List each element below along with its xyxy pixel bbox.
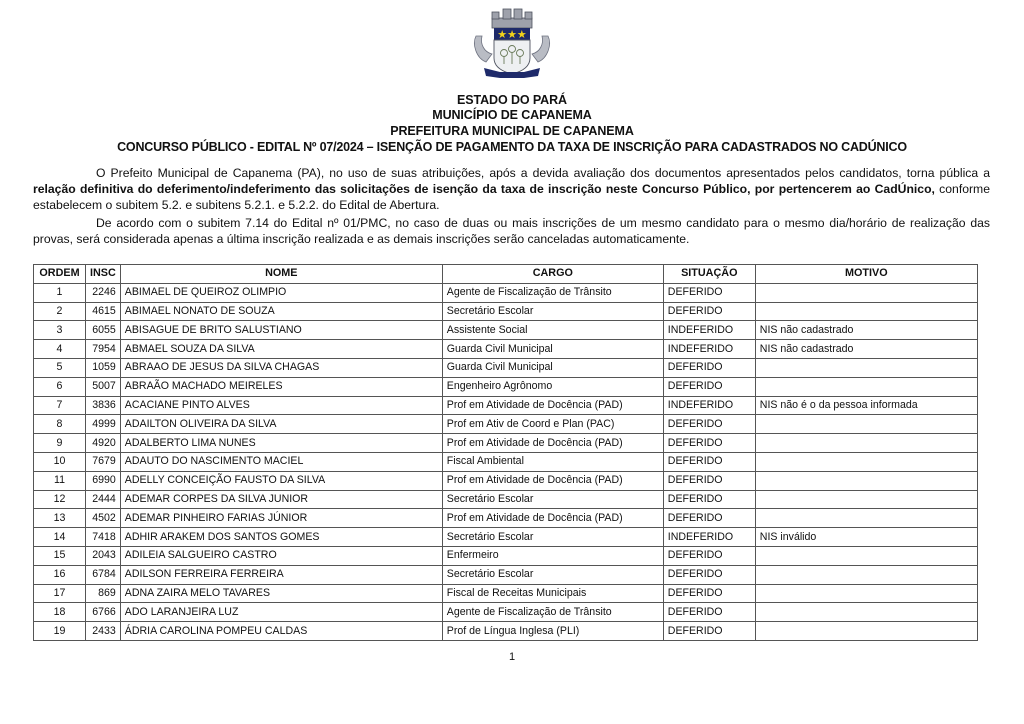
table-header-row: ORDEM INSC NOME CARGO SITUAÇÃO MOTIVO xyxy=(34,265,978,284)
cell-insc: 4502 xyxy=(86,509,121,528)
cell-motivo xyxy=(755,603,977,622)
page-number: 1 xyxy=(0,651,1024,663)
cell-ordem: 14 xyxy=(34,528,86,547)
column-header-motivo: MOTIVO xyxy=(755,265,977,284)
cell-cargo: Fiscal de Receitas Municipais xyxy=(442,584,663,603)
exemption-results-table: ORDEM INSC NOME CARGO SITUAÇÃO MOTIVO 12… xyxy=(33,264,978,641)
cell-nome: ADNA ZAIRA MELO TAVARES xyxy=(120,584,442,603)
cell-cargo: Secretário Escolar xyxy=(442,528,663,547)
svg-text:★★★: ★★★ xyxy=(497,28,527,41)
cell-ordem: 5 xyxy=(34,358,86,377)
cell-nome: ADHIR ARAKEM DOS SANTOS GOMES xyxy=(120,528,442,547)
cell-nome: ADEMAR PINHEIRO FARIAS JÚNIOR xyxy=(120,509,442,528)
column-header-situacao: SITUAÇÃO xyxy=(663,265,755,284)
document-title: CONCURSO PÚBLICO - EDITAL Nº 07/2024 – I… xyxy=(0,139,1024,155)
cell-cargo: Prof em Atividade de Docência (PAD) xyxy=(442,434,663,453)
cell-situacao: INDEFERIDO xyxy=(663,528,755,547)
coat-of-arms-icon: ★★★ xyxy=(470,6,554,82)
column-header-cargo: CARGO xyxy=(442,265,663,284)
city-hall-heading: PREFEITURA MUNICIPAL DE CAPANEMA xyxy=(0,123,1024,139)
cell-situacao: DEFERIDO xyxy=(663,358,755,377)
cell-ordem: 13 xyxy=(34,509,86,528)
table-row: 147418ADHIR ARAKEM DOS SANTOS GOMESSecre… xyxy=(34,528,978,547)
table-row: 73836ACACIANE PINTO ALVESProf em Ativida… xyxy=(34,396,978,415)
cell-motivo xyxy=(755,509,977,528)
table-row: 166784ADILSON FERREIRA FERREIRASecretári… xyxy=(34,565,978,584)
cell-situacao: DEFERIDO xyxy=(663,434,755,453)
cell-nome: ADAUTO DO NASCIMENTO MACIEL xyxy=(120,452,442,471)
cell-insc: 7954 xyxy=(86,340,121,359)
cell-nome: ADAILTON OLIVEIRA DA SILVA xyxy=(120,415,442,434)
cell-cargo: Engenheiro Agrônomo xyxy=(442,377,663,396)
cell-motivo xyxy=(755,283,977,302)
table-row: 84999ADAILTON OLIVEIRA DA SILVAProf em A… xyxy=(34,415,978,434)
cell-ordem: 4 xyxy=(34,340,86,359)
cell-cargo: Prof em Atividade de Docência (PAD) xyxy=(442,509,663,528)
table-row: 134502ADEMAR PINHEIRO FARIAS JÚNIORProf … xyxy=(34,509,978,528)
cell-nome: ABMAEL SOUZA DA SILVA xyxy=(120,340,442,359)
column-header-nome: NOME xyxy=(120,265,442,284)
cell-motivo xyxy=(755,565,977,584)
cell-nome: ABISAGUE DE BRITO SALUSTIANO xyxy=(120,321,442,340)
cell-ordem: 2 xyxy=(34,302,86,321)
cell-nome: ADILEIA SALGUEIRO CASTRO xyxy=(120,546,442,565)
cell-ordem: 8 xyxy=(34,415,86,434)
cell-insc: 2444 xyxy=(86,490,121,509)
table-row: 116990ADELLY CONCEIÇÃO FAUSTO DA SILVAPr… xyxy=(34,471,978,490)
cell-insc: 7679 xyxy=(86,452,121,471)
cell-motivo xyxy=(755,452,977,471)
cell-situacao: DEFERIDO xyxy=(663,509,755,528)
cell-insc: 4999 xyxy=(86,415,121,434)
cell-cargo: Guarda Civil Municipal xyxy=(442,358,663,377)
table-row: 51059ABRAAO DE JESUS DA SILVA CHAGASGuar… xyxy=(34,358,978,377)
cell-motivo xyxy=(755,377,977,396)
cell-nome: ABIMAEL DE QUEIROZ OLIMPIO xyxy=(120,283,442,302)
cell-situacao: DEFERIDO xyxy=(663,302,755,321)
cell-ordem: 6 xyxy=(34,377,86,396)
table-row: 24615ABIMAEL NONATO DE SOUZASecretário E… xyxy=(34,302,978,321)
column-header-ordem: ORDEM xyxy=(34,265,86,284)
table-row: 107679ADAUTO DO NASCIMENTO MACIELFiscal … xyxy=(34,452,978,471)
cell-motivo: NIS não cadastrado xyxy=(755,340,977,359)
cell-situacao: DEFERIDO xyxy=(663,490,755,509)
state-heading: ESTADO DO PARÁ xyxy=(0,92,1024,108)
notice-text: De acordo com o subitem 7.14 do Edital n… xyxy=(33,216,990,246)
intro-paragraph: O Prefeito Municipal de Capanema (PA), n… xyxy=(33,166,990,213)
cell-motivo xyxy=(755,358,977,377)
cell-insc: 7418 xyxy=(86,528,121,547)
cell-motivo xyxy=(755,302,977,321)
cell-insc: 2043 xyxy=(86,546,121,565)
cell-cargo: Assistente Social xyxy=(442,321,663,340)
cell-motivo: NIS inválido xyxy=(755,528,977,547)
cell-cargo: Prof em Ativ de Coord e Plan (PAC) xyxy=(442,415,663,434)
table-row: 36055ABISAGUE DE BRITO SALUSTIANOAssiste… xyxy=(34,321,978,340)
cell-insc: 869 xyxy=(86,584,121,603)
cell-insc: 6784 xyxy=(86,565,121,584)
cell-situacao: DEFERIDO xyxy=(663,565,755,584)
cell-nome: ADELLY CONCEIÇÃO FAUSTO DA SILVA xyxy=(120,471,442,490)
cell-cargo: Enfermeiro xyxy=(442,546,663,565)
cell-motivo xyxy=(755,490,977,509)
table-row: 94920ADALBERTO LIMA NUNESProf em Ativida… xyxy=(34,434,978,453)
cell-motivo xyxy=(755,584,977,603)
municipality-heading: MUNICÍPIO DE CAPANEMA xyxy=(0,107,1024,123)
cell-ordem: 10 xyxy=(34,452,86,471)
cell-motivo xyxy=(755,622,977,641)
cell-cargo: Prof em Atividade de Docência (PAD) xyxy=(442,471,663,490)
cell-cargo: Agente de Fiscalização de Trânsito xyxy=(442,283,663,302)
table-row: 17869ADNA ZAIRA MELO TAVARESFiscal de Re… xyxy=(34,584,978,603)
cell-cargo: Secretário Escolar xyxy=(442,565,663,584)
cell-situacao: INDEFERIDO xyxy=(663,321,755,340)
cell-ordem: 11 xyxy=(34,471,86,490)
table-row: 65007ABRAÃO MACHADO MEIRELESEngenheiro A… xyxy=(34,377,978,396)
table-row: 12246ABIMAEL DE QUEIROZ OLIMPIOAgente de… xyxy=(34,283,978,302)
cell-situacao: DEFERIDO xyxy=(663,546,755,565)
cell-motivo: NIS não cadastrado xyxy=(755,321,977,340)
cell-cargo: Fiscal Ambiental xyxy=(442,452,663,471)
cell-ordem: 7 xyxy=(34,396,86,415)
cell-situacao: DEFERIDO xyxy=(663,283,755,302)
cell-insc: 6055 xyxy=(86,321,121,340)
table-row: 152043ADILEIA SALGUEIRO CASTROEnfermeiro… xyxy=(34,546,978,565)
table-row: 192433ÁDRIA CAROLINA POMPEU CALDASProf d… xyxy=(34,622,978,641)
cell-nome: ABIMAEL NONATO DE SOUZA xyxy=(120,302,442,321)
notice-paragraph: De acordo com o subitem 7.14 do Edital n… xyxy=(33,216,990,248)
cell-insc: 3836 xyxy=(86,396,121,415)
intro-text-bold: relação definitiva do deferimento/indefe… xyxy=(33,182,935,196)
cell-cargo: Prof em Atividade de Docência (PAD) xyxy=(442,396,663,415)
cell-situacao: DEFERIDO xyxy=(663,471,755,490)
cell-situacao: DEFERIDO xyxy=(663,584,755,603)
cell-situacao: INDEFERIDO xyxy=(663,396,755,415)
cell-insc: 6766 xyxy=(86,603,121,622)
cell-ordem: 19 xyxy=(34,622,86,641)
cell-insc: 5007 xyxy=(86,377,121,396)
cell-ordem: 3 xyxy=(34,321,86,340)
cell-situacao: INDEFERIDO xyxy=(663,340,755,359)
cell-insc: 4615 xyxy=(86,302,121,321)
cell-cargo: Prof de Língua Inglesa (PLI) xyxy=(442,622,663,641)
cell-nome: ADALBERTO LIMA NUNES xyxy=(120,434,442,453)
cell-ordem: 15 xyxy=(34,546,86,565)
table-row: 47954ABMAEL SOUZA DA SILVAGuarda Civil M… xyxy=(34,340,978,359)
cell-insc: 2246 xyxy=(86,283,121,302)
cell-insc: 6990 xyxy=(86,471,121,490)
cell-motivo: NIS não é o da pessoa informada xyxy=(755,396,977,415)
cell-nome: ADILSON FERREIRA FERREIRA xyxy=(120,565,442,584)
cell-motivo xyxy=(755,434,977,453)
cell-situacao: DEFERIDO xyxy=(663,603,755,622)
cell-nome: ABRAÃO MACHADO MEIRELES xyxy=(120,377,442,396)
cell-nome: ADEMAR CORPES DA SILVA JUNIOR xyxy=(120,490,442,509)
cell-situacao: DEFERIDO xyxy=(663,415,755,434)
cell-insc: 1059 xyxy=(86,358,121,377)
cell-nome: ACACIANE PINTO ALVES xyxy=(120,396,442,415)
cell-ordem: 17 xyxy=(34,584,86,603)
cell-motivo xyxy=(755,471,977,490)
cell-ordem: 16 xyxy=(34,565,86,584)
cell-situacao: DEFERIDO xyxy=(663,377,755,396)
cell-cargo: Secretário Escolar xyxy=(442,490,663,509)
cell-insc: 2433 xyxy=(86,622,121,641)
cell-cargo: Secretário Escolar xyxy=(442,302,663,321)
cell-ordem: 1 xyxy=(34,283,86,302)
cell-situacao: DEFERIDO xyxy=(663,452,755,471)
cell-cargo: Agente de Fiscalização de Trânsito xyxy=(442,603,663,622)
cell-nome: ABRAAO DE JESUS DA SILVA CHAGAS xyxy=(120,358,442,377)
cell-nome: ADO LARANJEIRA LUZ xyxy=(120,603,442,622)
cell-insc: 4920 xyxy=(86,434,121,453)
cell-situacao: DEFERIDO xyxy=(663,622,755,641)
cell-nome: ÁDRIA CAROLINA POMPEU CALDAS xyxy=(120,622,442,641)
cell-ordem: 9 xyxy=(34,434,86,453)
cell-cargo: Guarda Civil Municipal xyxy=(442,340,663,359)
cell-ordem: 18 xyxy=(34,603,86,622)
column-header-insc: INSC xyxy=(86,265,121,284)
cell-motivo xyxy=(755,415,977,434)
table-row: 122444ADEMAR CORPES DA SILVA JUNIORSecre… xyxy=(34,490,978,509)
table-row: 186766ADO LARANJEIRA LUZAgente de Fiscal… xyxy=(34,603,978,622)
cell-motivo xyxy=(755,546,977,565)
intro-text-start: O Prefeito Municipal de Capanema (PA), n… xyxy=(96,166,990,180)
cell-ordem: 12 xyxy=(34,490,86,509)
